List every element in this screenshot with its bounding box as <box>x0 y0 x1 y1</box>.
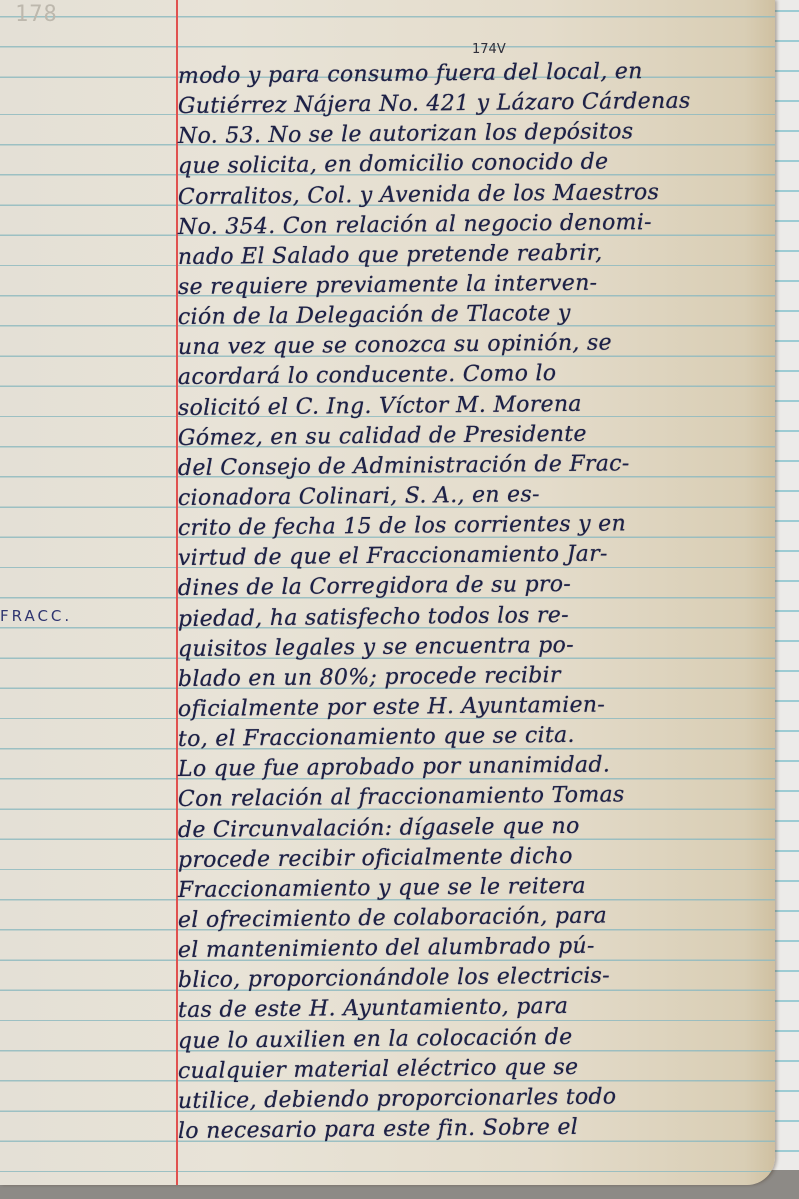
ledger-page: 178 174V FRACC. modo y para consumo fuer… <box>0 0 775 1185</box>
handwritten-text: modo y para consumo fuera del local, en … <box>178 62 768 1147</box>
folio-number: 174V <box>472 42 506 57</box>
margin-note: FRACC. <box>0 607 72 625</box>
text-line: lo necesario para este fin. Sobre el <box>178 1111 768 1147</box>
page-stamp-number: 178 <box>15 2 58 27</box>
